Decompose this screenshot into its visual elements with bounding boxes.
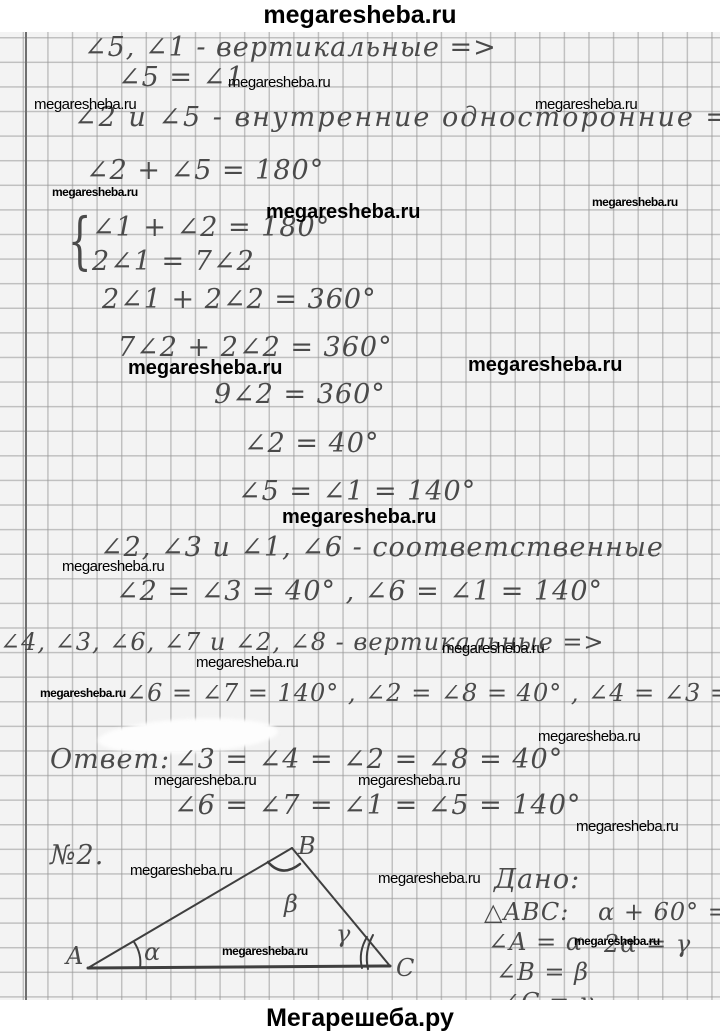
watermark: megaresheba.ru (52, 185, 138, 199)
vertex-label-b: B (298, 832, 316, 860)
watermark: megaresheba.ru (538, 728, 640, 745)
watermark: megaresheba.ru (128, 357, 283, 380)
site-name-cyrillic: Мегарешеба.ру (266, 1004, 454, 1032)
watermark: megaresheba.ru (266, 201, 421, 224)
angle-arc-alpha (134, 942, 140, 968)
given-item: ∠B = β (496, 958, 589, 986)
watermark: megaresheba.ru (40, 686, 126, 700)
watermark: megaresheba.ru (222, 944, 308, 958)
given-item: ∠A = α (488, 928, 583, 956)
watermark: megaresheba.ru (62, 558, 164, 575)
watermark: megaresheba.ru (378, 870, 480, 887)
watermark: megaresheba.ru (442, 640, 544, 657)
angle-arc-beta (268, 862, 300, 871)
watermark: megaresheba.ru (196, 654, 298, 671)
angle-label-beta: β (284, 890, 298, 918)
side-ac (88, 966, 390, 968)
watermark: megaresheba.ru (358, 772, 460, 789)
watermark: megaresheba.ru (130, 862, 232, 879)
given-item: △ABC: (484, 898, 569, 926)
watermark: megaresheba.ru (282, 506, 437, 529)
notebook-page: ∠5, ∠1 - вертикальные => ∠5 = ∠1 ∠2 и ∠5… (0, 32, 720, 1000)
watermark: megaresheba.ru (574, 934, 660, 948)
watermark: megaresheba.ru (468, 354, 623, 377)
given-item: ∠C = γ (500, 988, 594, 1000)
watermark: megaresheba.ru (592, 195, 678, 209)
vertex-label-c: C (396, 954, 414, 982)
vertex-label-a: A (66, 942, 83, 970)
watermark: megaresheba.ru (154, 772, 256, 789)
given-label: Дано: (494, 864, 580, 895)
angle-label-alpha: α (144, 938, 160, 966)
watermark: megaresheba.ru (535, 96, 637, 113)
angle-label-gamma: γ (336, 920, 350, 948)
site-header: megaresheba.ru (0, 0, 720, 32)
watermark: megaresheba.ru (228, 74, 330, 91)
site-footer: Мегарешеба.ру (0, 1000, 720, 1036)
watermark: megaresheba.ru (34, 96, 136, 113)
watermark: megaresheba.ru (576, 818, 678, 835)
site-name: megaresheba.ru (263, 1, 456, 29)
given-relation: α + 60° = β (598, 898, 720, 926)
